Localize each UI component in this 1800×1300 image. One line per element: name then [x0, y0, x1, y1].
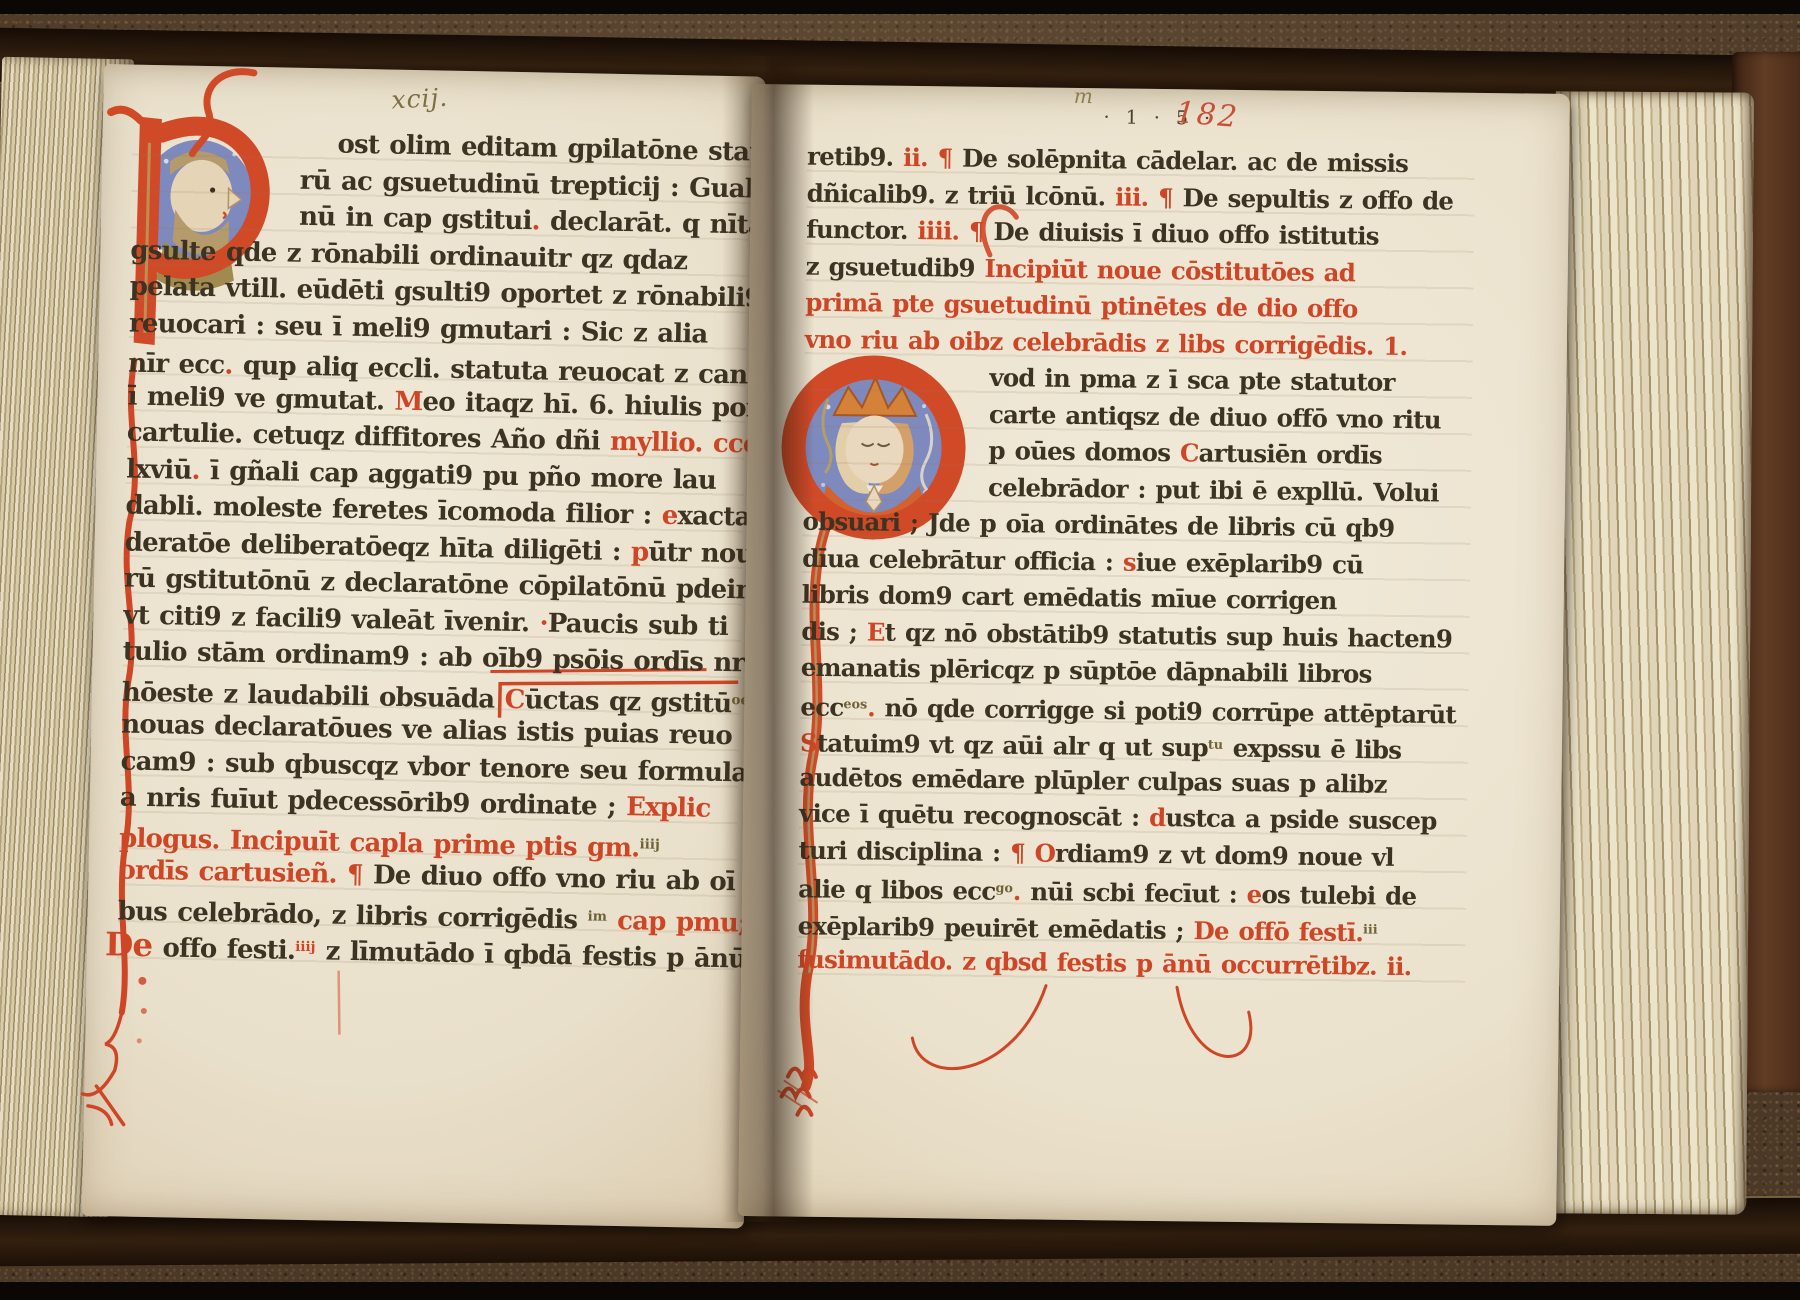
quire-mark: m [1074, 84, 1093, 108]
photo-frame-top [0, 0, 1800, 14]
folio-number: 182 [1174, 95, 1240, 135]
manuscript-line: p oūes domos Cartusiēn ordīs [988, 433, 1471, 475]
manuscript-line: vod in pma z ī sca pte statutor [989, 360, 1472, 402]
manuscript-line: carte antiqsz de diuo offō vno ritu [989, 396, 1472, 438]
left-folio-heading: xcij. [391, 83, 449, 115]
photo-frame-bottom [0, 1282, 1800, 1300]
manuscript-photo: xcij. [0, 0, 1800, 1300]
right-page-stack-edge [1548, 91, 1754, 1214]
right-manuscript-page: m · 1 · 5 · 182 [738, 84, 1570, 1226]
manuscript-line: celebrādor : put ibi ē expllū. Volui [988, 469, 1471, 511]
left-page-text: ost olim editam gpilatōne statutorū ac g… [117, 123, 751, 974]
right-page-text: retib9. ii. ¶ De solēpnita cādelar. ac d… [797, 139, 1475, 987]
manuscript-line: vno riu ab oibz celebrādis z libs corrig… [805, 321, 1473, 366]
left-manuscript-page: xcij. [82, 64, 766, 1228]
